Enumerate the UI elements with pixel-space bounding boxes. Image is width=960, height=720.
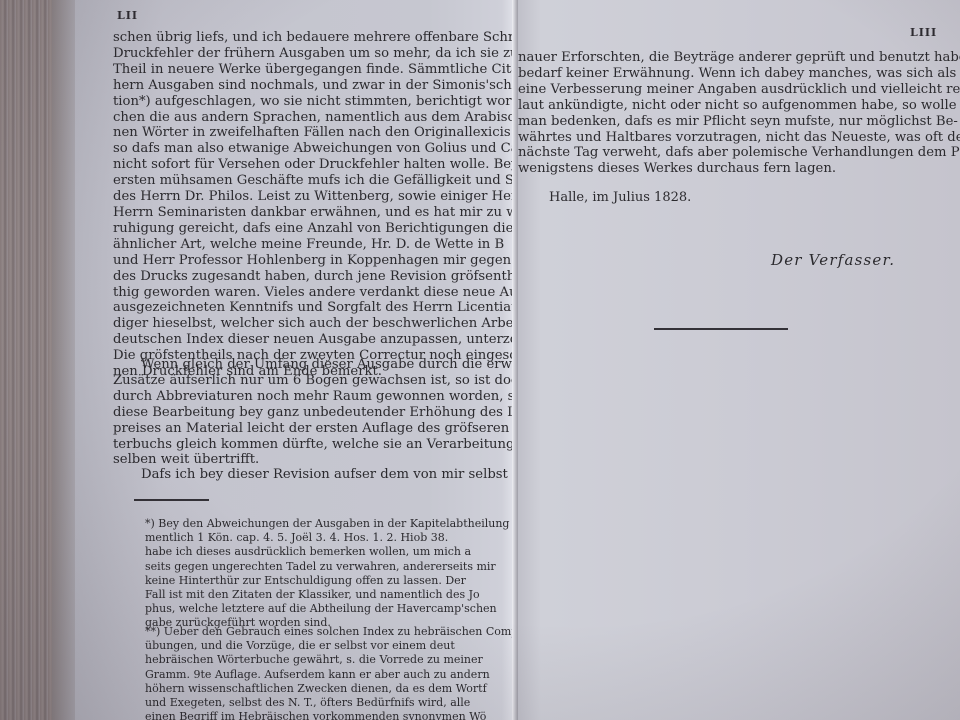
- end-rule: [654, 328, 788, 330]
- text-line: durch Abbreviaturen noch mehr Raum gewon…: [113, 389, 515, 405]
- text-line: hern Ausgaben sind nochmals, und zwar in…: [113, 78, 515, 94]
- text-line: hebräischen Wörterbuche gewährt, s. die …: [145, 653, 515, 667]
- text-line: *) Bey den Abweichungen der Ausgaben in …: [145, 517, 515, 531]
- text-line: so dafs man also etwanige Abweichungen v…: [113, 141, 515, 157]
- text-line: habe ich dieses ausdrücklich bemerken wo…: [145, 545, 515, 559]
- text-line: nauer Erforschten, die Beyträge anderer …: [518, 50, 958, 66]
- text-line: phus, welche letztere auf die Abtheilung…: [145, 602, 515, 616]
- book-page-edges: [0, 0, 60, 720]
- text-line: keine Hinterthür zur Entschuldigung offe…: [145, 574, 515, 588]
- page-number-right: LIII: [910, 26, 937, 39]
- text-line: Theil in neuere Werke übergegangen finde…: [113, 62, 515, 78]
- author-signature: Der Verfasser.: [771, 251, 895, 269]
- text-line: ausgezeichneten Kenntnifs und Sorgfalt d…: [113, 300, 515, 316]
- text-line: Fall ist mit den Zitaten der Klassiker, …: [145, 588, 515, 602]
- footnote-2: **) Ueber den Gebrauch eines solchen Ind…: [145, 625, 515, 720]
- text-line: schen übrig liefs, und ich bedauere mehr…: [113, 30, 515, 46]
- text-line: **) Ueber den Gebrauch eines solchen Ind…: [145, 625, 515, 639]
- text-line: und Herr Professor Hohlenberg in Koppenh…: [113, 253, 515, 269]
- text-line: ähnlicher Art, welche meine Freunde, Hr.…: [113, 237, 515, 253]
- text-line: ersten mühsamen Geschäfte mufs ich die G…: [113, 173, 515, 189]
- left-paragraph-3: Dafs ich bey dieser Revision aufser dem …: [113, 467, 515, 483]
- text-line: Herrn Seminaristen dankbar erwähnen, und…: [113, 205, 515, 221]
- text-line: höhern wissenschaftlichen Zwecken dienen…: [145, 682, 515, 696]
- text-line: des Herrn Dr. Philos. Leist zu Wittenber…: [113, 189, 515, 205]
- text-line: Wenn gleich der Umfang dieser Ausgabe du…: [113, 357, 515, 373]
- text-line: diese Bearbeitung bey ganz unbedeutender…: [113, 405, 515, 421]
- text-line: bedarf keiner Erwähnung. Wenn ich dabey …: [518, 66, 958, 82]
- left-main-paragraph: schen übrig liefs, und ich bedauere mehr…: [113, 30, 515, 380]
- text-line: tion*) aufgeschlagen, wo sie nicht stimm…: [113, 94, 515, 110]
- text-line: selben weit übertrifft.: [113, 452, 515, 468]
- text-line: wenigstens dieses Werkes durchaus fern l…: [518, 161, 958, 177]
- right-main-paragraph: nauer Erforschten, die Beyträge anderer …: [518, 50, 958, 177]
- text-line: und Exegeten, selbst des N. T., öfters B…: [145, 696, 515, 710]
- text-line: währtes und Haltbares vorzutragen, nicht…: [518, 130, 958, 146]
- text-line: thig geworden waren. Vieles andere verda…: [113, 285, 515, 301]
- text-line: terbuchs gleich kommen dürfte, welche si…: [113, 437, 515, 453]
- text-line: chen die aus andern Sprachen, namentlich…: [113, 110, 515, 126]
- text-line: man bedenken, dafs es mir Pflicht seyn m…: [518, 114, 958, 130]
- text-line: seits gegen ungerechten Tadel zu verwahr…: [145, 560, 515, 574]
- place-date: Halle, im Julius 1828.: [549, 190, 691, 205]
- book-spine: [512, 0, 518, 720]
- text-line: mentlich 1 Kön. cap. 4. 5. Joël 3. 4. Ho…: [145, 531, 515, 545]
- text-line: Gramm. 9te Auflage. Aufserdem kann er ab…: [145, 668, 515, 682]
- text-line: ruhigung gereicht, dafs eine Anzahl von …: [113, 221, 515, 237]
- text-line: preises an Material leicht der ersten Au…: [113, 421, 515, 437]
- text-line: diger hieselbst, welcher sich auch der b…: [113, 316, 515, 332]
- footnote-separator-rule: [134, 499, 209, 501]
- left-paragraph-2: Wenn gleich der Umfang dieser Ausgabe du…: [113, 357, 515, 468]
- text-line: nicht sofort für Versehen oder Druckfehl…: [113, 157, 515, 173]
- right-page: LIII nauer Erforschten, die Beyträge and…: [514, 0, 960, 720]
- left-page: LII schen übrig liefs, und ich bedauere …: [75, 0, 515, 720]
- page-number-left: LII: [117, 9, 138, 22]
- text-line: Zusätze äufserlich nur um 6 Bogen gewach…: [113, 373, 515, 389]
- text-line: des Drucks zugesandt haben, durch jene R…: [113, 269, 515, 285]
- text-line: Dafs ich bey dieser Revision aufser dem …: [113, 467, 515, 483]
- text-line: übungen, und die Vorzüge, die er selbst …: [145, 639, 515, 653]
- text-line: nächste Tag verweht, dafs aber polemisch…: [518, 145, 958, 161]
- footnote-1: *) Bey den Abweichungen der Ausgaben in …: [145, 517, 515, 631]
- text-line: laut ankündigte, nicht oder nicht so auf…: [518, 98, 958, 114]
- text-line: deutschen Index dieser neuen Ausgabe anz…: [113, 332, 515, 348]
- text-line: eine Verbesserung meiner Angaben ausdrüc…: [518, 82, 958, 98]
- text-line: Druckfehler der frühern Ausgaben um so m…: [113, 46, 515, 62]
- text-line: einen Begriff im Hebräischen vorkommende…: [145, 710, 515, 720]
- text-line: nen Wörter in zweifelhaften Fällen nach …: [113, 125, 515, 141]
